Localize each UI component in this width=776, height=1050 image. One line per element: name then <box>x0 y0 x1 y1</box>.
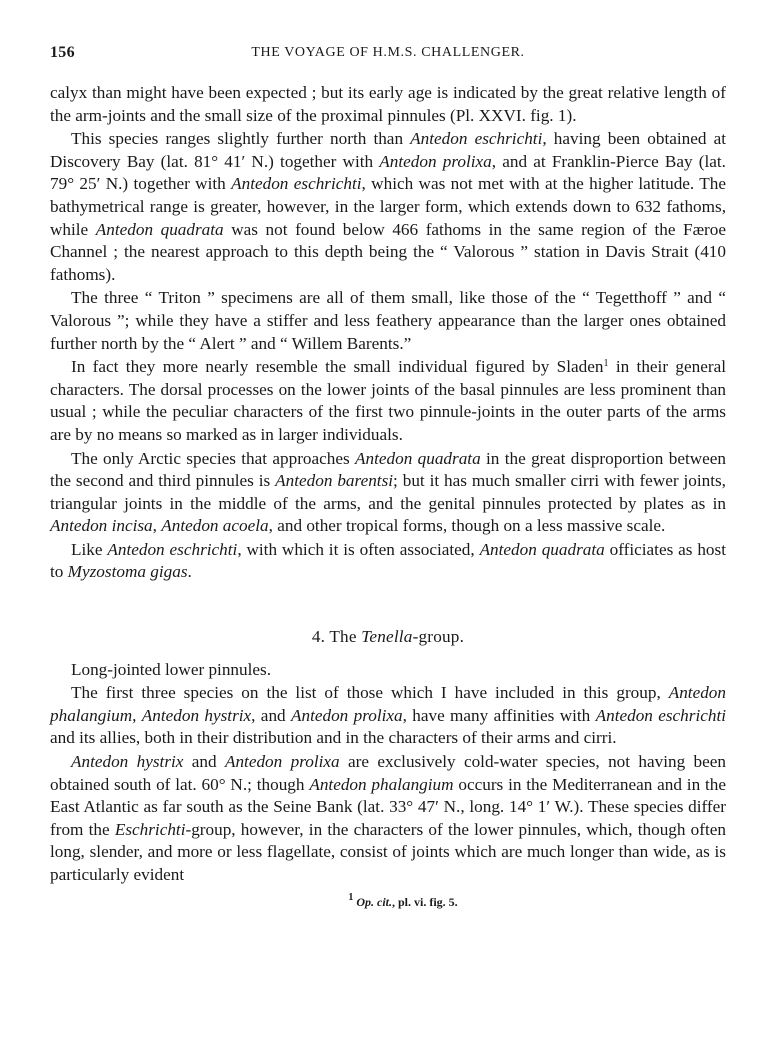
italic-text: Antedon eschrichti <box>231 174 361 193</box>
text-run: and <box>183 752 225 771</box>
paragraph: The first three species on the list of t… <box>50 682 726 750</box>
section-paragraphs: Long-jointed lower pinnules.The first th… <box>50 659 726 887</box>
text-run: The three “ Triton ” specimens are all o… <box>50 288 726 352</box>
text-run: The only Arctic species that approaches <box>71 449 355 468</box>
text-run: In fact they more nearly resemble the sm… <box>71 357 603 376</box>
text-run: , have many affinities with <box>403 706 596 725</box>
italic-text: Antedon incisa <box>50 516 153 535</box>
main-paragraphs: calyx than might have been expected ; bu… <box>50 82 726 584</box>
text-run: , and <box>251 706 291 725</box>
section-title-prefix: The <box>329 627 361 646</box>
body-text: calyx than might have been expected ; bu… <box>50 82 726 887</box>
document-page: 156 THE VOYAGE OF H.M.S. CHALLENGER. cal… <box>50 40 726 910</box>
text-run: , with which it is often associated, <box>237 540 479 559</box>
section-title-italic: Tenella <box>361 627 412 646</box>
italic-text: Antedon hystrix <box>71 752 183 771</box>
paragraph: In fact they more nearly resemble the sm… <box>50 356 726 446</box>
italic-text: Antedon phalangium <box>309 775 453 794</box>
italic-text: Antedon prolixa <box>291 706 403 725</box>
running-title: THE VOYAGE OF H.M.S. CHALLENGER. <box>50 45 726 61</box>
text-run: . <box>188 562 192 581</box>
text-run: Long-jointed lower pinnules. <box>71 660 271 679</box>
footnote-marker: 1 <box>348 892 353 903</box>
paragraph: Long-jointed lower pinnules. <box>50 659 726 682</box>
text-run: and its allies, both in their distributi… <box>50 728 617 747</box>
paragraph: The only Arctic species that approaches … <box>50 448 726 538</box>
paragraph: Antedon hystrix and Antedon prolixa are … <box>50 751 726 887</box>
paragraph: The three “ Triton ” specimens are all o… <box>50 287 726 355</box>
paragraph: This species ranges slightly further nor… <box>50 128 726 286</box>
italic-text: Antedon eschrichti <box>410 129 542 148</box>
section-heading: 4. The Tenella-group. <box>50 626 726 649</box>
italic-text: Myzostoma gigas <box>68 562 188 581</box>
section-title-suffix: -group. <box>413 627 465 646</box>
paragraph: calyx than might have been expected ; bu… <box>50 82 726 127</box>
italic-text: Antedon quadrata <box>355 449 481 468</box>
text-run: , and other tropical forms, though on a … <box>269 516 666 535</box>
text-run: Like <box>71 540 107 559</box>
footnote-ref-italic: Op. cit. <box>356 895 392 909</box>
italic-text: Antedon quadrata <box>96 220 224 239</box>
footnote: 1 Op. cit., pl. vi. fig. 5. <box>80 895 726 910</box>
italic-text: Antedon eschrichti <box>596 706 726 725</box>
text-run: , <box>132 706 142 725</box>
running-head: 156 THE VOYAGE OF H.M.S. CHALLENGER. <box>50 40 726 66</box>
paragraph: Like Antedon eschrichti, with which it i… <box>50 539 726 584</box>
section-number: 4. <box>312 627 325 646</box>
italic-text: Antedon hystrix <box>142 706 251 725</box>
italic-text: Antedon acoela <box>161 516 268 535</box>
italic-text: Eschrichti <box>115 820 186 839</box>
text-run: This species ranges slightly further nor… <box>71 129 410 148</box>
italic-text: Antedon barentsi <box>275 471 393 490</box>
text-run: , <box>153 516 162 535</box>
italic-text: Antedon prolixa <box>379 152 491 171</box>
italic-text: Antedon eschrichti <box>107 540 237 559</box>
text-run: calyx than might have been expected ; bu… <box>50 83 726 125</box>
italic-text: Antedon prolixa <box>225 752 340 771</box>
italic-text: Antedon quadrata <box>480 540 605 559</box>
footnote-ref-rest: , pl. vi. fig. 5. <box>392 895 458 909</box>
text-run: The first three species on the list of t… <box>71 683 669 702</box>
